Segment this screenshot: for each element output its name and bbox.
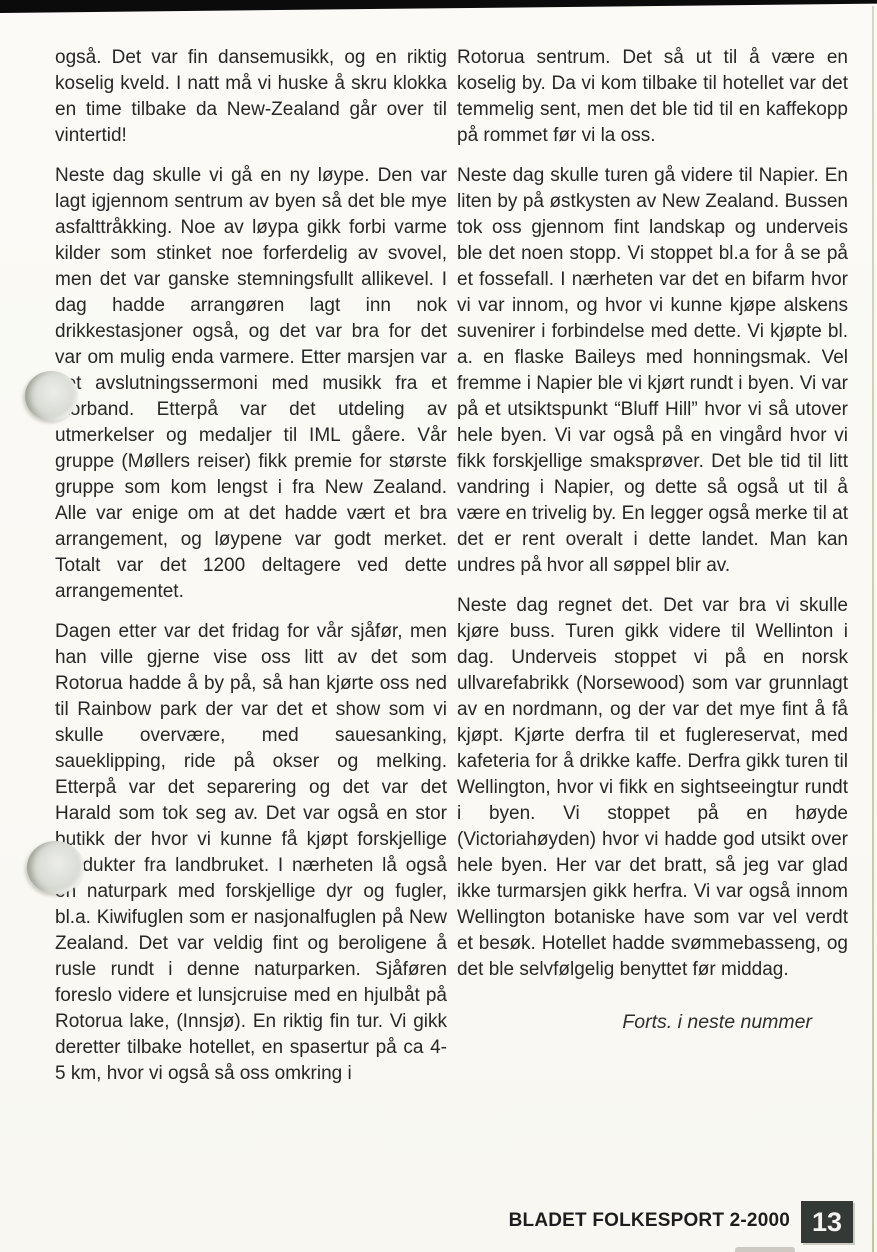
continuation-note: Forts. i neste nummer	[457, 1009, 848, 1035]
paragraph: Neste dag skulle turen gå videre til Nap…	[457, 163, 848, 579]
paragraph: Neste dag regnet det. Det var bra vi sku…	[457, 593, 848, 983]
right-text-column: Rotorua sentrum. Det så ut til å være en…	[457, 45, 848, 1035]
punch-hole-top	[25, 371, 78, 421]
paragraph: også. Det var fin dansemusikk, og en rik…	[55, 45, 447, 149]
right-column-paragraphs: Rotorua sentrum. Det så ut til å være en…	[457, 45, 848, 983]
paragraph: Rotorua sentrum. Det så ut til å være en…	[457, 45, 848, 149]
punch-hole-bottom	[27, 841, 84, 894]
paragraph: Dagen etter var det fridag for vår sjåfø…	[55, 619, 447, 1087]
scanned-magazine-page: også. Det var fin dansemusikk, og en rik…	[0, 0, 877, 1252]
page-number-badge: 13	[801, 1201, 853, 1243]
scan-smudge	[735, 1247, 795, 1252]
paragraph: Neste dag skulle vi gå en ny løype. Den …	[55, 163, 447, 605]
magazine-title: BLADET FOLKESPORT 2-2000	[509, 1210, 790, 1234]
scan-edge-top-bar	[0, 0, 877, 13]
page-footer: BLADET FOLKESPORT 2-2000 13	[509, 1201, 853, 1243]
page-right-edge-line	[872, 6, 874, 1252]
left-text-column: også. Det var fin dansemusikk, og en rik…	[55, 45, 447, 1101]
